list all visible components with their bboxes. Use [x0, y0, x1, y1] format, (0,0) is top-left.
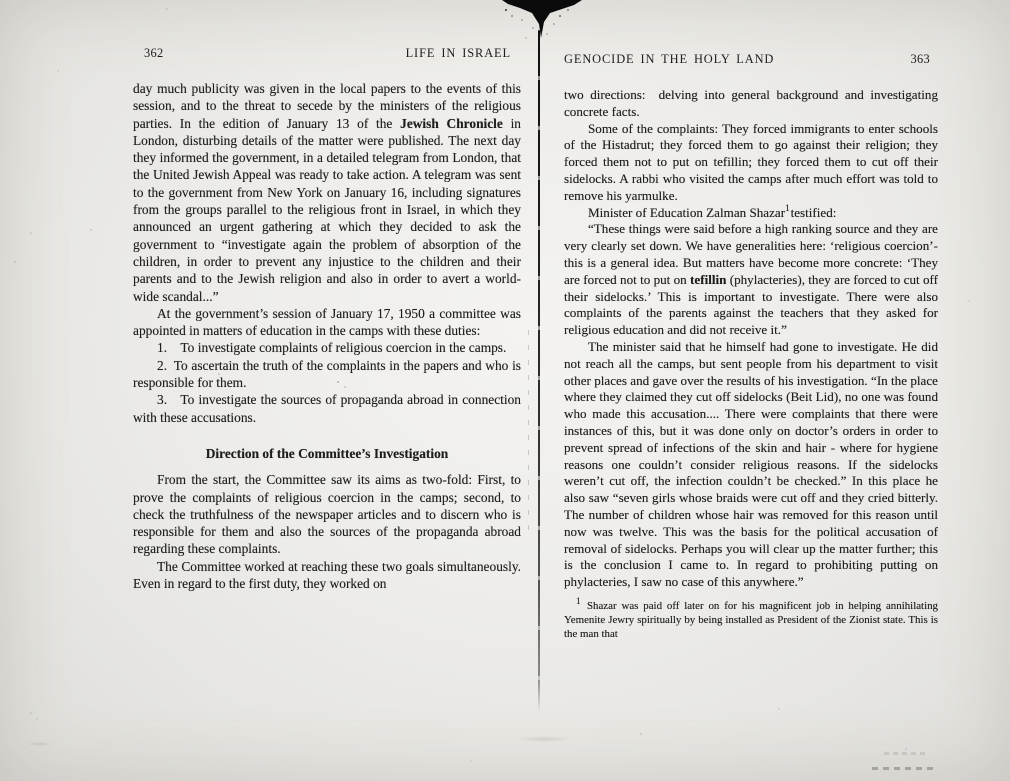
book-gutter-line	[538, 30, 540, 712]
left-page: 362 LIFE IN ISRAEL day much publicity wa…	[133, 46, 521, 592]
paragraph: From the start, the Committee saw its ai…	[133, 471, 521, 557]
paragraph: 1 Shazar was paid off later on for his m…	[564, 600, 938, 642]
scan-smudge	[26, 742, 52, 746]
paragraph: Some of the complaints: They forced immi…	[564, 121, 938, 205]
paragraph: Minister of Education Zalman Shazar1test…	[564, 205, 938, 222]
scan-speckles	[0, 0, 2, 2]
right-running-header: GENOCIDE IN THE HOLY LAND	[564, 52, 774, 66]
scan-smudge	[872, 767, 936, 770]
paragraph: two directions: delving into general bac…	[564, 87, 938, 121]
paragraph: The Committee worked at reaching these t…	[133, 558, 521, 593]
ink-blot-icon	[496, 0, 588, 48]
left-running-header: LIFE IN ISRAEL	[406, 46, 511, 60]
right-page-number: 363	[911, 52, 931, 66]
right-page-header: GENOCIDE IN THE HOLY LAND 363	[564, 52, 938, 66]
section-heading: Direction of the Committee’s Investigati…	[133, 445, 521, 462]
scan-smudge	[884, 752, 926, 755]
gutter-shadow	[528, 330, 529, 540]
paragraph: 1. To investigate complaints of religiou…	[133, 339, 521, 356]
left-page-body: day much publicity was given in the loca…	[133, 80, 521, 592]
paragraph: 3. To investigate the sources of propaga…	[133, 391, 521, 426]
paragraph: day much publicity was given in the loca…	[133, 80, 521, 305]
scan-smudge	[516, 736, 572, 742]
right-page: GENOCIDE IN THE HOLY LAND 363 two direct…	[564, 52, 938, 642]
right-page-footnote: 1 Shazar was paid off later on for his m…	[564, 600, 938, 642]
right-page-body: two directions: delving into general bac…	[564, 87, 938, 591]
book-scan: 362 LIFE IN ISRAEL day much publicity wa…	[0, 0, 1010, 781]
paragraph: “These things were said before a high ra…	[564, 221, 938, 339]
paragraph: 2. To ascertain the truth of the complai…	[133, 357, 521, 392]
paragraph: At the government’s session of January 1…	[133, 305, 521, 340]
paragraph: The minister said that he himself had go…	[564, 339, 938, 591]
left-page-number: 362	[144, 46, 164, 60]
left-page-header: 362 LIFE IN ISRAEL	[133, 46, 521, 60]
